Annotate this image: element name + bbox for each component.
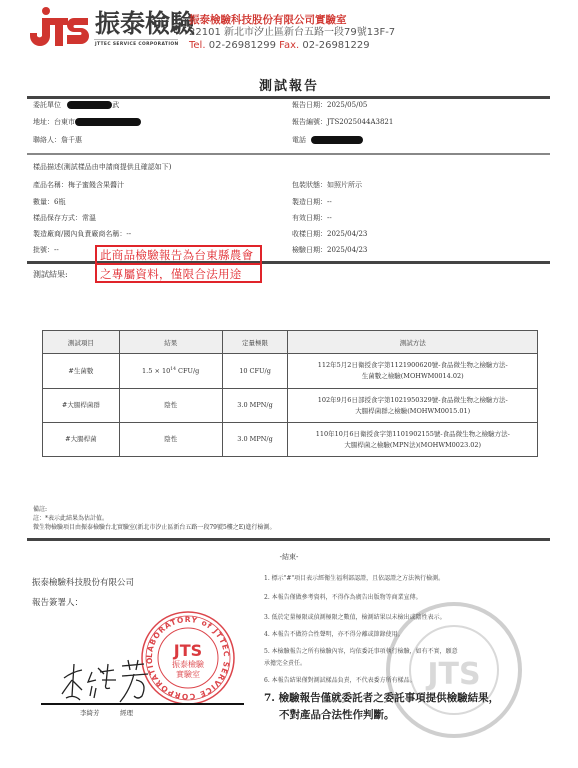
label: 包裝狀態： [292,181,327,189]
letterhead: 振泰檢驗 JTTEC SERVICE CORPORATION 振泰檢驗科技股份有… [0,0,578,60]
term-item-emphasized: 7. 檢驗報告僅就委託者之委託事項提供檢驗結果， [264,690,499,706]
result-unit: CFU/g [176,368,199,376]
cell-loq: 10 CFU/g [222,354,288,389]
cell-method: 102年9月6日部授食字第1021950329號-食品微生物之檢驗方法-大腸桿菌… [288,389,538,423]
signer-name: 李綺芳 [80,708,100,717]
divider [27,538,550,541]
term-item: 1. 標示"#"項目表示經衛生福利部認證，且依認證之方法執行檢測。 [264,574,444,583]
table-header-row: 測試項目 結果 定量極限 測試方法 [43,331,538,354]
sample-quantity: 數量：6瓶 [33,198,65,207]
stamp-logo: JTS [173,641,202,660]
method-line: 大腸桿菌群之檢驗(MOHWM0015.01) [288,406,537,417]
company-address: 22101 新北市汐止區新台五路一段79號13F-7 [189,27,395,39]
fax-number: 02-26981229 [302,40,369,51]
report-date-value: 2025/05/05 [327,101,367,109]
value: 梅子蜜餞含果醬汁 [68,181,124,189]
report-date-label: 報告日期： [292,101,327,109]
cell-method: 110年10月6日衛授食字第1101902155號-食品微生物之檢驗方法-大腸桿… [288,423,538,457]
tel-number: 02-26981299 [209,40,276,51]
notice-line-2: 之專屬資料，僅限合法用途 [100,267,242,281]
label: 批號： [33,246,54,254]
value: -- [126,230,131,238]
sample-storage: 樣品保存方式：常溫 [33,214,96,223]
term-item: 4. 本報告不做符合性聲明，亦不得分離或節錄使用。 [264,630,404,639]
header-method: 測試方法 [288,331,538,354]
header-loq: 定量極限 [222,331,288,354]
cell-item: #生菌數 [43,354,120,389]
phone-label: 電話 [292,136,306,144]
company-lab-name: 振泰檢驗科技股份有限公司實驗室 [189,14,347,26]
term-item: 6. 本報告結果僅對測試樣品負責，不代表委方所有樣品。 [264,676,416,685]
sample-mfg-date: 製造日期：-- [292,198,332,207]
sample-received-date: 收樣日期：2025/04/23 [292,230,367,239]
value: -- [327,214,332,222]
handwritten-signature-icon [58,650,158,710]
table-row: #大腸桿菌 陰性 3.0 MPN/g 110年10月6日衛授食字第1101902… [43,423,538,457]
signer-title: 經理 [120,708,133,717]
value: -- [327,198,332,206]
report-number: 報告編號：JTS2025044A3821 [292,118,393,127]
results-label: 測試結果: [33,269,68,280]
cell-result: 陰性 [119,423,222,457]
header-test-item: 測試項目 [43,331,120,354]
sample-batch: 批號：-- [33,246,59,255]
notice-divider [97,263,260,265]
sample-packaging: 包裝狀態：如照片所示 [292,181,362,190]
end-mark: -結束- [0,552,578,562]
cell-item: #大腸桿菌 [43,423,120,457]
term-item-emphasized: 不對產品合法性作判斷。 [279,707,395,723]
client-unit-suffix: 武 [112,101,119,109]
header-result: 結果 [119,331,222,354]
client-contact-label: 聯絡人： [33,136,61,144]
value: -- [54,246,59,254]
brand-name-cn: 振泰檢驗 [95,9,195,39]
jts-logo-icon [28,6,90,48]
client-contact: 聯絡人：詹千惠 [33,136,82,145]
value: 2025/04/23 [327,246,367,254]
remarks: 備註: 註：*表示此結果為估計值。 微生物檢驗項目由振泰檢驗台北實驗室(新北市汐… [33,505,276,532]
label: 檢驗日期： [292,246,327,254]
signature-line [41,703,244,705]
label: 製造日期： [292,198,327,206]
client-address-prefix: 台東市 [54,118,75,126]
cell-result: 1.5 × 1014 CFU/g [119,354,222,389]
label: 製造廠商/國內負責廠商名稱： [33,230,126,238]
svg-text:JTS: JTS [425,657,480,692]
value: 6瓶 [54,198,65,206]
term-item: 2. 本報告僅做參考資料，不得作為廣告出版物等商業宣傳。 [264,593,422,602]
method-line: 112年5月2日衛授食字第1121900620號-食品微生物之檢驗方法- [288,360,537,371]
divider [27,153,550,155]
client-phone: 電話 [292,136,363,145]
proprietary-notice: 此商品檢驗報告為台東縣農會 之專屬資料，僅限合法用途 [95,245,262,283]
value: 常溫 [82,214,96,222]
table-row: #大腸桿菌群 陰性 3.0 MPN/g 102年9月6日部授食字第1021950… [43,389,538,423]
document-title: 測試報告 [0,75,578,94]
label: 樣品保存方式： [33,214,82,222]
notice-line-1: 此商品檢驗報告為台東縣農會 [100,248,253,262]
client-address-label: 地址： [33,118,54,126]
fax-label: Fax. [279,40,299,51]
cell-item: #大腸桿菌群 [43,389,120,423]
cell-loq: 3.0 MPN/g [222,389,288,423]
client-unit: 委託單位 武 [33,101,119,110]
term-item: 5. 本檢驗報告之所有檢驗內容，均依委託事項執行檢驗，如有不實，願意 [264,647,458,656]
client-address: 地址：台東市 [33,118,141,127]
sample-product-name: 產品名稱：梅子蜜餞含果醬汁 [33,181,124,190]
signer-label: 報告簽署人： [32,596,83,608]
table-row: #生菌數 1.5 × 1014 CFU/g 10 CFU/g 112年5月2日衛… [43,354,538,389]
brand-name-en: JTTEC SERVICE CORPORATION [95,42,179,47]
tel-label: Tel. [189,40,206,51]
results-table: 測試項目 結果 定量極限 測試方法 #生菌數 1.5 × 1014 CFU/g … [42,330,538,457]
method-line: 110年10月6日衛授食字第1101902155號-食品微生物之檢驗方法- [288,429,537,440]
remarks-heading: 備註: [33,505,276,514]
report-number-label: 報告編號： [292,118,327,126]
label: 產品名稱： [33,181,68,189]
sample-manufacturer: 製造廠商/國內負責廠商名稱：-- [33,230,131,239]
client-unit-label: 委託單位 [33,101,61,109]
report-number-value: JTS2025044A3821 [327,118,393,126]
term-item-continued: 承擔完全責任。 [264,659,306,668]
signer-company: 振泰檢驗科技股份有限公司 [32,576,134,588]
logo-divider [94,39,178,40]
method-line: 生菌數之檢驗(MOHWM0014.02) [288,371,537,382]
sample-expiry-date: 有效日期：-- [292,214,332,223]
cell-method: 112年5月2日衛授食字第1121900620號-食品微生物之檢驗方法-生菌數之… [288,354,538,389]
cell-result: 陰性 [119,389,222,423]
label: 收樣日期： [292,230,327,238]
result-value: 1.5 × 10 [142,368,170,376]
label: 數量： [33,198,54,206]
remarks-line: 註：*表示此結果為估計值。 [33,514,276,523]
sample-heading: 樣品描述(測試樣品由申請商提供且確認如下) [33,163,171,172]
company-contact: Tel. 02-26981299 Fax. 02-26981229 [189,40,370,52]
value: 如照片所示 [327,181,362,189]
method-line: 102年9月6日部授食字第1021950329號-食品微生物之檢驗方法- [288,395,537,406]
report-date: 報告日期：2025/05/05 [292,101,367,110]
client-contact-value: 詹千惠 [61,136,82,144]
redaction-bar [311,136,363,144]
sample-test-date: 檢驗日期：2025/04/23 [292,246,367,255]
remarks-line: 微生物檢驗項目由振泰檢驗台北實驗室(新北市汐止區新台五路一段79號5樓之E)進行… [33,523,276,532]
method-line: 大腸桿菌之檢驗(MPN法)(MOHWM0023.02) [288,440,537,451]
stamp-cn-1: 振泰檢驗 [172,659,205,669]
term-item: 3. 低於定量極限或偵測極限之數值，檢測結果以未檢出或陰性表示。 [264,613,446,622]
redaction-bar [67,101,112,109]
redaction-bar [75,118,141,126]
value: 2025/04/23 [327,230,367,238]
label: 有效日期： [292,214,327,222]
divider [27,96,550,99]
cell-loq: 3.0 MPN/g [222,423,288,457]
stamp-cn-2: 實驗室 [176,669,200,679]
